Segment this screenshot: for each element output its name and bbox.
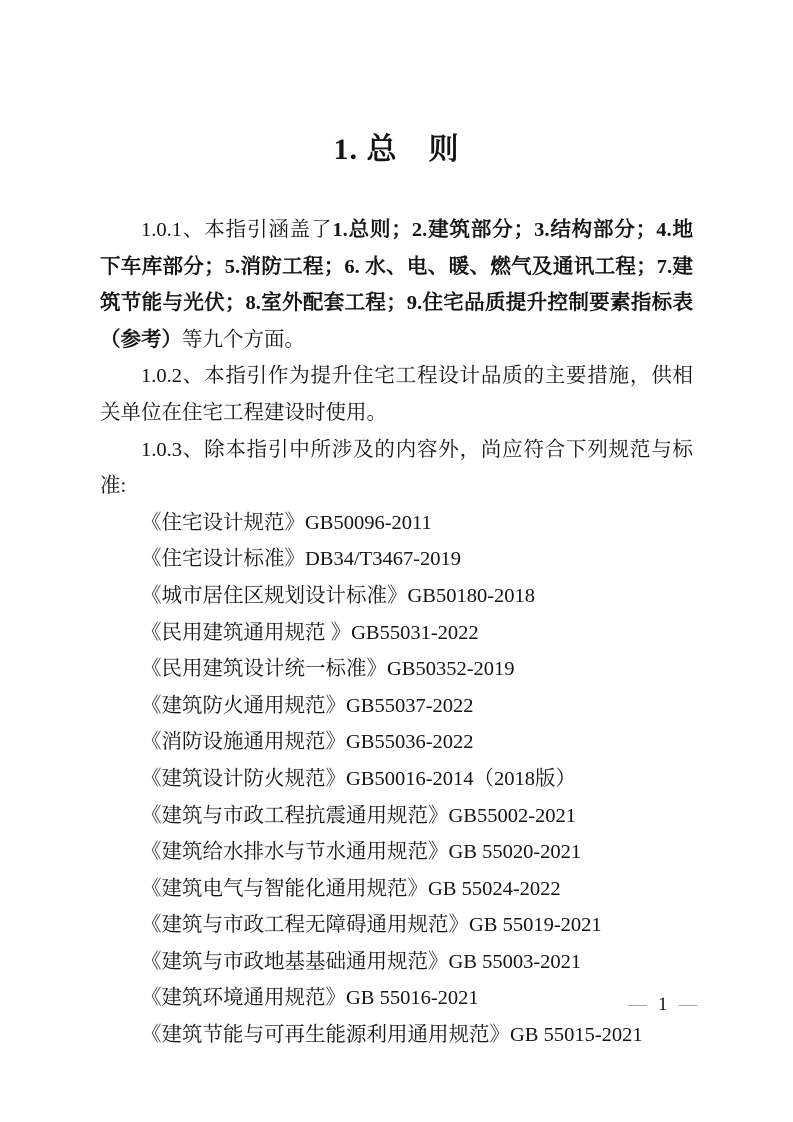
standard-item: 《建筑环境通用规范》GB 55016-2021 bbox=[100, 980, 693, 1017]
standard-item: 《建筑节能与可再生能源利用通用规范》GB 55015-2021 bbox=[100, 1017, 693, 1054]
standard-item: 《建筑与市政工程无障碍通用规范》GB 55019-2021 bbox=[100, 907, 693, 944]
footer-right-dash: — bbox=[679, 994, 698, 1015]
standard-item: 《建筑设计防火规范》GB50016-2014（2018版） bbox=[100, 761, 693, 798]
paragraph-1-0-2: 1.0.2、本指引作为提升住宅工程设计品质的主要措施，供相关单位在住宅工程建设时… bbox=[100, 358, 693, 431]
standard-item: 《住宅设计规范》GB50096-2011 bbox=[100, 505, 693, 542]
document-page: 1. 总 则 1.0.1、本指引涵盖了1.总则；2.建筑部分；3.结构部分；4.… bbox=[0, 0, 793, 1122]
standard-item: 《建筑防火通用规范》GB55037-2022 bbox=[100, 688, 693, 725]
paragraph-1-0-1: 1.0.1、本指引涵盖了1.总则；2.建筑部分；3.结构部分；4.地下车库部分；… bbox=[100, 212, 693, 358]
paragraph-1-0-1-prefix: 1.0.1、本指引涵盖了 bbox=[141, 219, 332, 241]
paragraph-1-0-1-suffix: 等九个方面。 bbox=[182, 329, 305, 351]
page-number: 1 bbox=[658, 994, 668, 1016]
page-title: 1. 总 则 bbox=[0, 0, 793, 170]
standard-item: 《建筑与市政工程抗震通用规范》GB55002-2021 bbox=[100, 798, 693, 835]
standard-item: 《城市居住区规划设计标准》GB50180-2018 bbox=[100, 578, 693, 615]
standard-item: 《消防设施通用规范》GB55036-2022 bbox=[100, 724, 693, 761]
footer-left-dash: — bbox=[628, 994, 647, 1015]
standard-item: 《建筑给水排水与节水通用规范》GB 55020-2021 bbox=[100, 834, 693, 871]
standard-item: 《建筑与市政地基基础通用规范》GB 55003-2021 bbox=[100, 944, 693, 981]
document-body: 1.0.1、本指引涵盖了1.总则；2.建筑部分；3.结构部分；4.地下车库部分；… bbox=[100, 212, 693, 1054]
standard-item: 《民用建筑设计统一标准》GB50352-2019 bbox=[100, 651, 693, 688]
standard-item: 《建筑电气与智能化通用规范》GB 55024-2022 bbox=[100, 871, 693, 908]
paragraph-1-0-3: 1.0.3、除本指引中所涉及的内容外，尚应符合下列规范与标准: bbox=[100, 432, 693, 505]
standard-item: 《民用建筑通用规范 》GB55031-2022 bbox=[100, 615, 693, 652]
standard-item: 《住宅设计标准》DB34/T3467-2019 bbox=[100, 541, 693, 578]
standards-list: 《住宅设计规范》GB50096-2011 《住宅设计标准》DB34/T3467-… bbox=[100, 505, 693, 1054]
page-number-footer: —1— bbox=[628, 994, 698, 1016]
